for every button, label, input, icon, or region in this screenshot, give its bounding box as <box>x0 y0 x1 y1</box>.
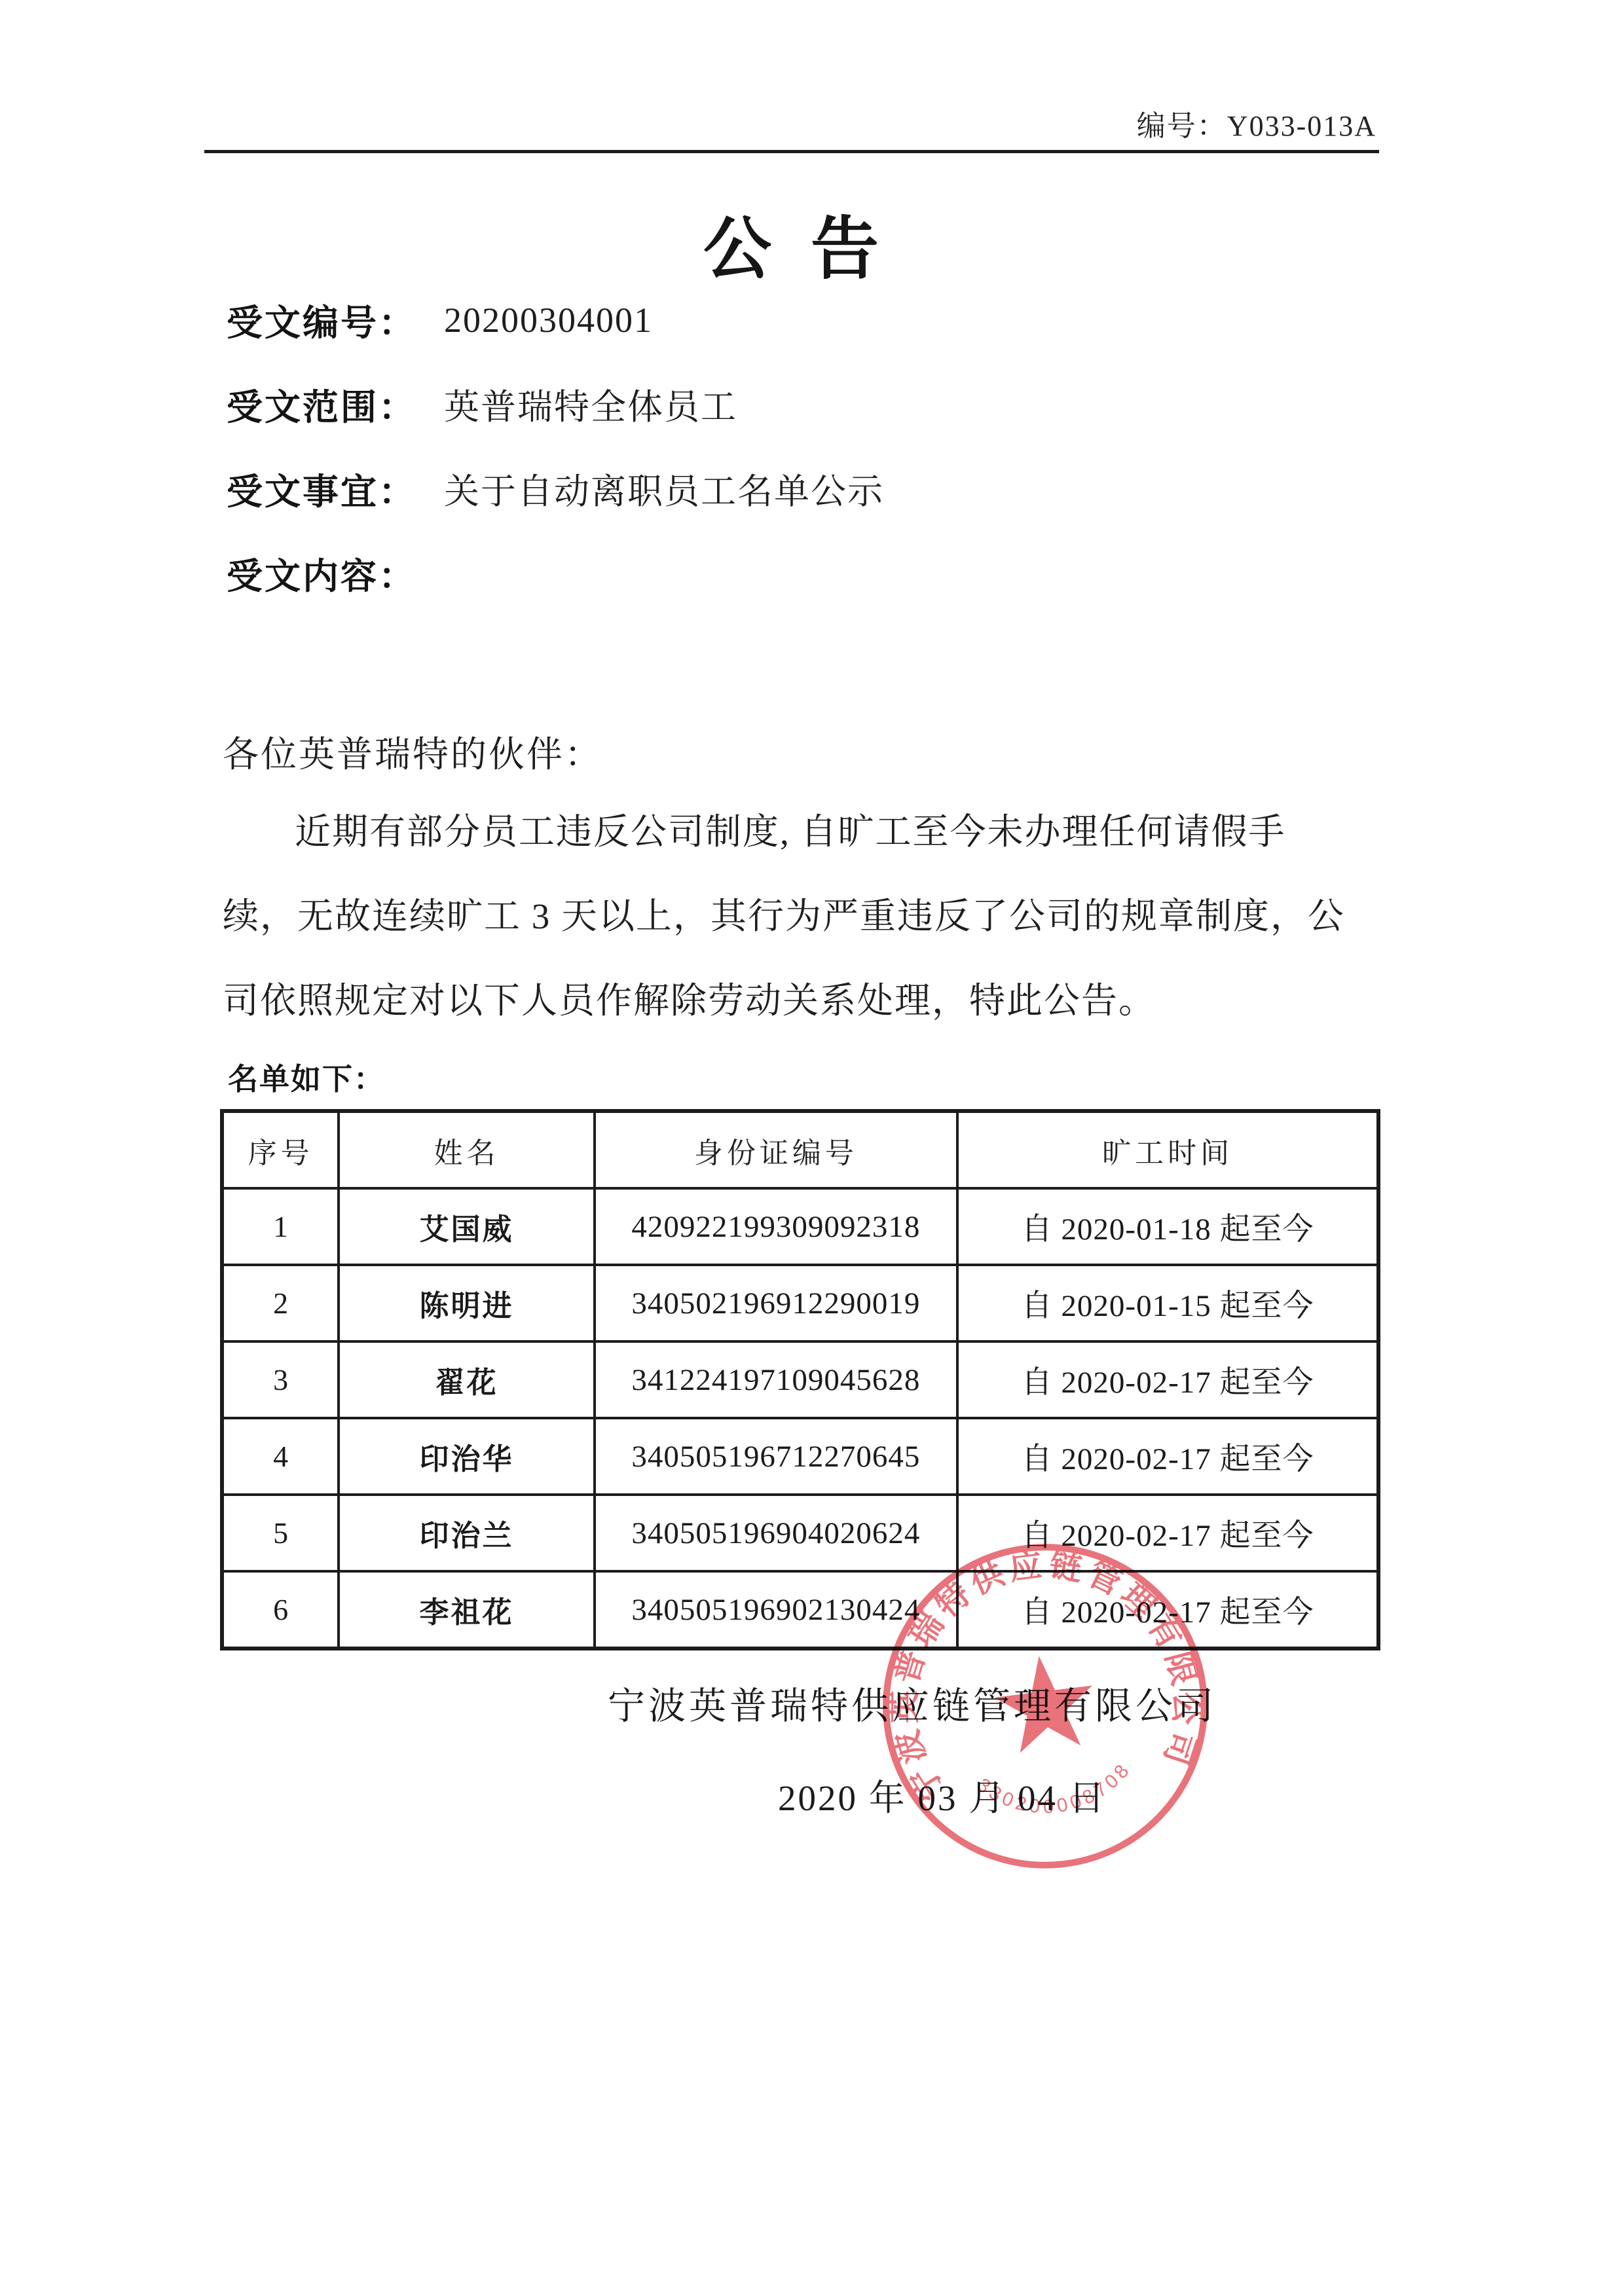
header-rule <box>204 150 1379 153</box>
salutation: 各位英普瑞特的伙伴： <box>223 725 602 777</box>
field-list: 受文编号： 20200304001 受文范围： 英普瑞特全体员工 受文事宜： 关… <box>227 278 884 615</box>
table-cell: 艾国威 <box>339 1188 594 1265</box>
table-row: 2陈明进340502196912290019自 2020-01-15 起至今 <box>222 1265 1378 1341</box>
table-cell: 3 <box>222 1341 339 1418</box>
field-content: 受文内容： <box>227 531 884 615</box>
table-cell: 印治华 <box>339 1418 594 1495</box>
table-cell: 自 2020-02-17 起至今 <box>957 1571 1378 1649</box>
doc-number: 编号：Y033-013A <box>0 102 1376 144</box>
table-cell: 340505196902130424 <box>595 1571 958 1649</box>
table-cell: 5 <box>222 1495 339 1571</box>
column-header: 序号 <box>222 1111 339 1188</box>
absentee-table: 序号姓名身份证编号旷工时间 1艾国威420922199309092318自 20… <box>220 1109 1380 1650</box>
table-cell: 自 2020-01-15 起至今 <box>957 1265 1378 1341</box>
signature-date: 2020 年 03 月 04 日 <box>778 1769 1107 1821</box>
table-cell: 340502196912290019 <box>595 1265 958 1341</box>
table-cell: 6 <box>222 1571 339 1649</box>
table-cell: 4 <box>222 1418 339 1495</box>
table-cell: 2 <box>222 1265 339 1341</box>
field-label: 受文内容： <box>227 547 416 599</box>
table-row: 1艾国威420922199309092318自 2020-01-18 起至今 <box>222 1188 1378 1265</box>
field-value: 20200304001 <box>444 300 653 340</box>
field-subject: 受文事宜： 关于自动离职员工名单公示 <box>227 446 884 531</box>
table-cell: 自 2020-02-17 起至今 <box>957 1341 1378 1418</box>
table-row: 4印治华340505196712270645自 2020-02-17 起至今 <box>222 1418 1378 1495</box>
field-value: 英普瑞特全体员工 <box>444 379 737 429</box>
table-row: 6李祖花340505196902130424自 2020-02-17 起至今 <box>222 1571 1378 1649</box>
body-paragraph: 近期有部分员工违反公司制度, 自旷工至今未办理任何请假手 续，无故连续旷工 3 … <box>223 790 1383 1043</box>
column-header: 旷工时间 <box>957 1111 1378 1188</box>
announcement-document: 编号：Y033-013A 公 告 受文编号： 20200304001 受文范围：… <box>0 0 1624 2296</box>
table-cell: 自 2020-01-18 起至今 <box>957 1188 1378 1265</box>
column-header: 姓名 <box>339 1111 594 1188</box>
table-cell: 翟花 <box>339 1341 594 1418</box>
signature-company: 宁波英普瑞特供应链管理有限公司 <box>608 1676 1217 1730</box>
table-row: 5印治兰340505196904020624自 2020-02-17 起至今 <box>222 1495 1378 1571</box>
table-cell: 1 <box>222 1188 339 1265</box>
table-cell: 自 2020-02-17 起至今 <box>957 1418 1378 1495</box>
table-cell: 420922199309092318 <box>595 1188 958 1265</box>
table-cell: 印治兰 <box>339 1495 594 1571</box>
table-row: 3翟花341224197109045628自 2020-02-17 起至今 <box>222 1341 1378 1418</box>
field-value: 关于自动离职员工名单公示 <box>444 464 884 514</box>
field-scope: 受文范围： 英普瑞特全体员工 <box>227 362 884 446</box>
body-line: 近期有部分员工违反公司制度, 自旷工至今未办理任何请假手 <box>223 790 1383 874</box>
table-body: 1艾国威420922199309092318自 2020-01-18 起至今2陈… <box>222 1188 1378 1649</box>
body-line: 司依照规定对以下人员作解除劳动关系处理，特此公告。 <box>223 958 1383 1043</box>
field-label: 受文范围： <box>227 378 416 430</box>
table-cell: 李祖花 <box>339 1571 594 1649</box>
table-cell: 341224197109045628 <box>595 1341 958 1418</box>
table-cell: 自 2020-02-17 起至今 <box>957 1495 1378 1571</box>
table-cell: 陈明进 <box>339 1265 594 1341</box>
list-intro: 名单如下： <box>228 1055 385 1099</box>
body-line: 续，无故连续旷工 3 天以上，其行为严重违反了公司的规章制度，公 <box>223 874 1383 958</box>
table-header-row: 序号姓名身份证编号旷工时间 <box>222 1111 1378 1188</box>
table-cell: 340505196904020624 <box>595 1495 958 1571</box>
field-label: 受文编号： <box>227 294 416 346</box>
column-header: 身份证编号 <box>595 1111 958 1188</box>
field-label: 受文事宜： <box>227 463 416 515</box>
table-cell: 340505196712270645 <box>595 1418 958 1495</box>
field-doc-id: 受文编号： 20200304001 <box>227 278 884 362</box>
